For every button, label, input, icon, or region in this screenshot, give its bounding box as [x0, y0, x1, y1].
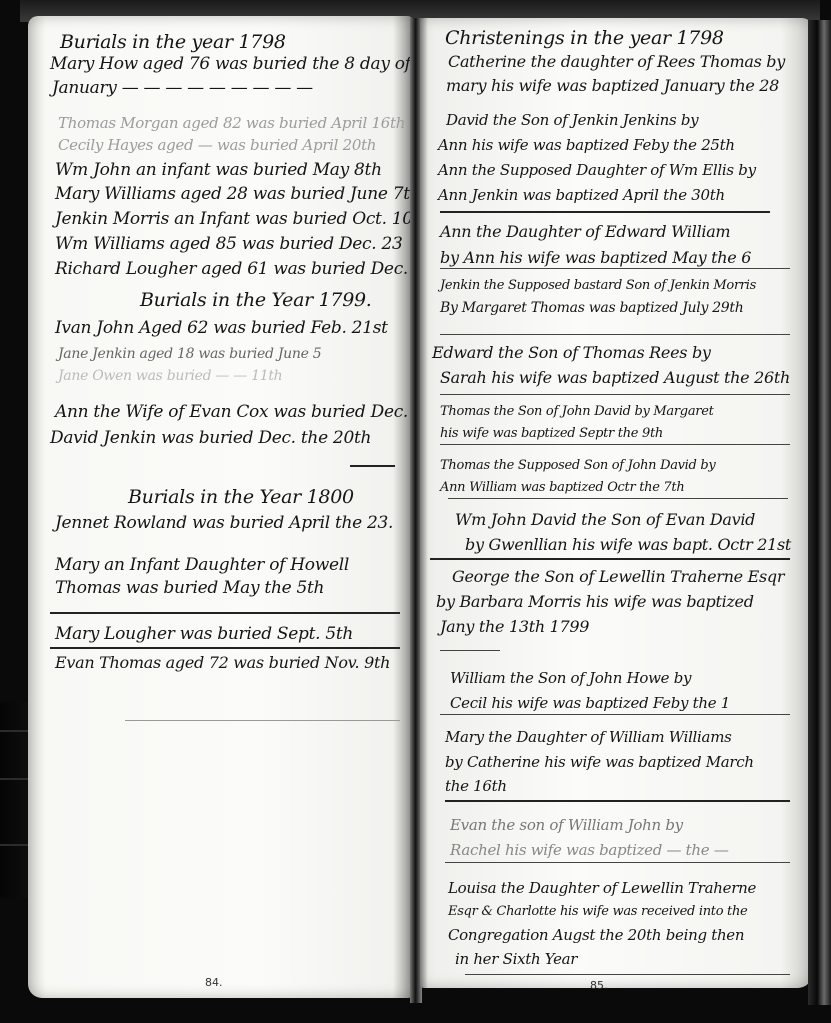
entry-divider [430, 558, 790, 560]
entry-divider [440, 334, 790, 335]
baptism-entry: in her Sixth Year [455, 949, 577, 969]
burial-entry: Mary Lougher was buried Sept. 5th [55, 624, 353, 644]
burials-1798-heading: Burials in the year 1798 [60, 32, 286, 52]
baptism-entry: his wife was baptized Septr the 9th [440, 424, 663, 444]
burial-entry: Wm Williams aged 85 was buried Dec. 23 [55, 234, 403, 254]
baptism-entry: mary his wife was baptized January the 2… [446, 76, 779, 96]
baptism-entry: Ann his wife was baptized Feby the 25th [438, 135, 735, 155]
entry-divider [440, 650, 500, 651]
baptism-entry: the 16th [445, 776, 507, 796]
burial-entry-faded: Jane Owen was buried — — 11th [58, 366, 282, 386]
baptism-entry: Wm John David the Son of Evan David [455, 510, 755, 530]
baptism-entry: Congregation Augst the 20th being then [448, 925, 744, 945]
baptism-entry: William the Son of John Howe by [450, 668, 691, 688]
entry-divider [350, 465, 395, 467]
baptism-entry: Ann Jenkin was baptized April the 30th [438, 185, 725, 205]
page-number-right: 85. [590, 979, 608, 992]
baptism-entry: by Catherine his wife was baptized March [445, 752, 754, 772]
burial-entry: David Jenkin was buried Dec. the 20th [50, 428, 371, 448]
burial-entry: Evan Thomas aged 72 was buried Nov. 9th [55, 653, 390, 673]
baptism-entry: Louisa the Daughter of Lewellin Traherne [448, 878, 756, 898]
baptism-entry: Sarah his wife was baptized August the 2… [440, 368, 790, 388]
christenings-1798-heading: Christenings in the year 1798 [445, 28, 724, 48]
baptism-entry: Esqr & Charlotte his wife was received i… [448, 902, 747, 922]
book-right-edge [808, 20, 831, 1005]
baptism-entry: Catherine the daughter of Rees Thomas by [448, 52, 785, 72]
burial-entry: Richard Lougher aged 61 was buried Dec. … [55, 259, 434, 279]
entry-divider [50, 647, 400, 649]
burial-entry-faded: Cecily Hayes aged — was buried April 20t… [58, 135, 376, 155]
baptism-entry-faded: Rachel his wife was baptized — the — [450, 840, 729, 860]
baptism-entry: David the Son of Jenkin Jenkins by [446, 110, 698, 130]
baptism-entry: Thomas the Supposed Son of John David by [440, 456, 715, 476]
faint-rule [125, 720, 400, 721]
burial-entry: Mary an Infant Daughter of Howell [55, 555, 349, 575]
entry-divider [440, 444, 790, 445]
burial-entry: Mary How aged 76 was buried the 8 day of [50, 54, 411, 74]
baptism-entry: Jany the 13th 1799 [440, 617, 589, 637]
burials-1799-heading: Burials in the Year 1799. [140, 290, 372, 310]
baptism-entry: by Barbara Morris his wife was baptized [436, 592, 754, 612]
struck-line [440, 211, 770, 213]
baptism-entry: Ann the Supposed Daughter of Wm Ellis by [438, 160, 756, 180]
entry-divider [440, 714, 790, 715]
baptism-entry: By Margaret Thomas was baptized July 29t… [440, 298, 743, 318]
baptism-entry-faded: Evan the son of William John by [450, 815, 683, 835]
baptism-entry: George the Son of Lewellin Traherne Esqr [452, 567, 784, 587]
baptism-entry: Edward the Son of Thomas Rees by [432, 343, 711, 363]
baptism-entry: by Gwenllian his wife was bapt. Octr 21s… [465, 535, 791, 555]
entry-divider [465, 974, 790, 975]
burial-entry: Ann the Wife of Evan Cox was buried Dec.… [55, 402, 451, 422]
burials-1800-heading: Burials in the Year 1800 [128, 487, 354, 507]
baptism-entry: Mary the Daughter of William Williams [445, 727, 732, 747]
baptism-entry: by Ann his wife was baptized May the 6 [440, 248, 751, 268]
burial-entry: Ivan John Aged 62 was buried Feb. 21st [55, 318, 388, 338]
page-number-left: 84. [205, 976, 223, 989]
baptism-entry: Ann William was baptized Octr the 7th [440, 478, 684, 498]
burial-entry: Jennet Rowland was buried April the 23. [55, 513, 393, 533]
entry-divider [448, 498, 788, 499]
burial-entry: Wm John an infant was buried May 8th [55, 160, 382, 180]
entry-divider [445, 862, 790, 863]
baptism-entry: Ann the Daughter of Edward William [440, 222, 730, 242]
entry-divider [50, 612, 400, 614]
burial-entry: Jenkin Morris an Infant was buried Oct. … [55, 209, 430, 229]
entry-divider [445, 800, 790, 802]
burial-entry: Thomas was buried May the 5th [55, 578, 324, 598]
baptism-entry: Jenkin the Supposed bastard Son of Jenki… [440, 276, 756, 296]
entry-divider [440, 268, 790, 269]
burial-entry-faded: Jane Jenkin aged 18 was buried June 5 [58, 344, 321, 364]
baptism-entry: Cecil his wife was baptized Feby the 1 [450, 693, 730, 713]
baptism-entry: Thomas the Son of John David by Margaret [440, 402, 714, 422]
burial-entry-faded: Thomas Morgan aged 82 was buried April 1… [58, 113, 405, 133]
burial-entry: Mary Williams aged 28 was buried June 7t… [55, 184, 420, 204]
burial-entry: January — — — — — — — — — [52, 78, 313, 98]
entry-divider [440, 394, 790, 395]
